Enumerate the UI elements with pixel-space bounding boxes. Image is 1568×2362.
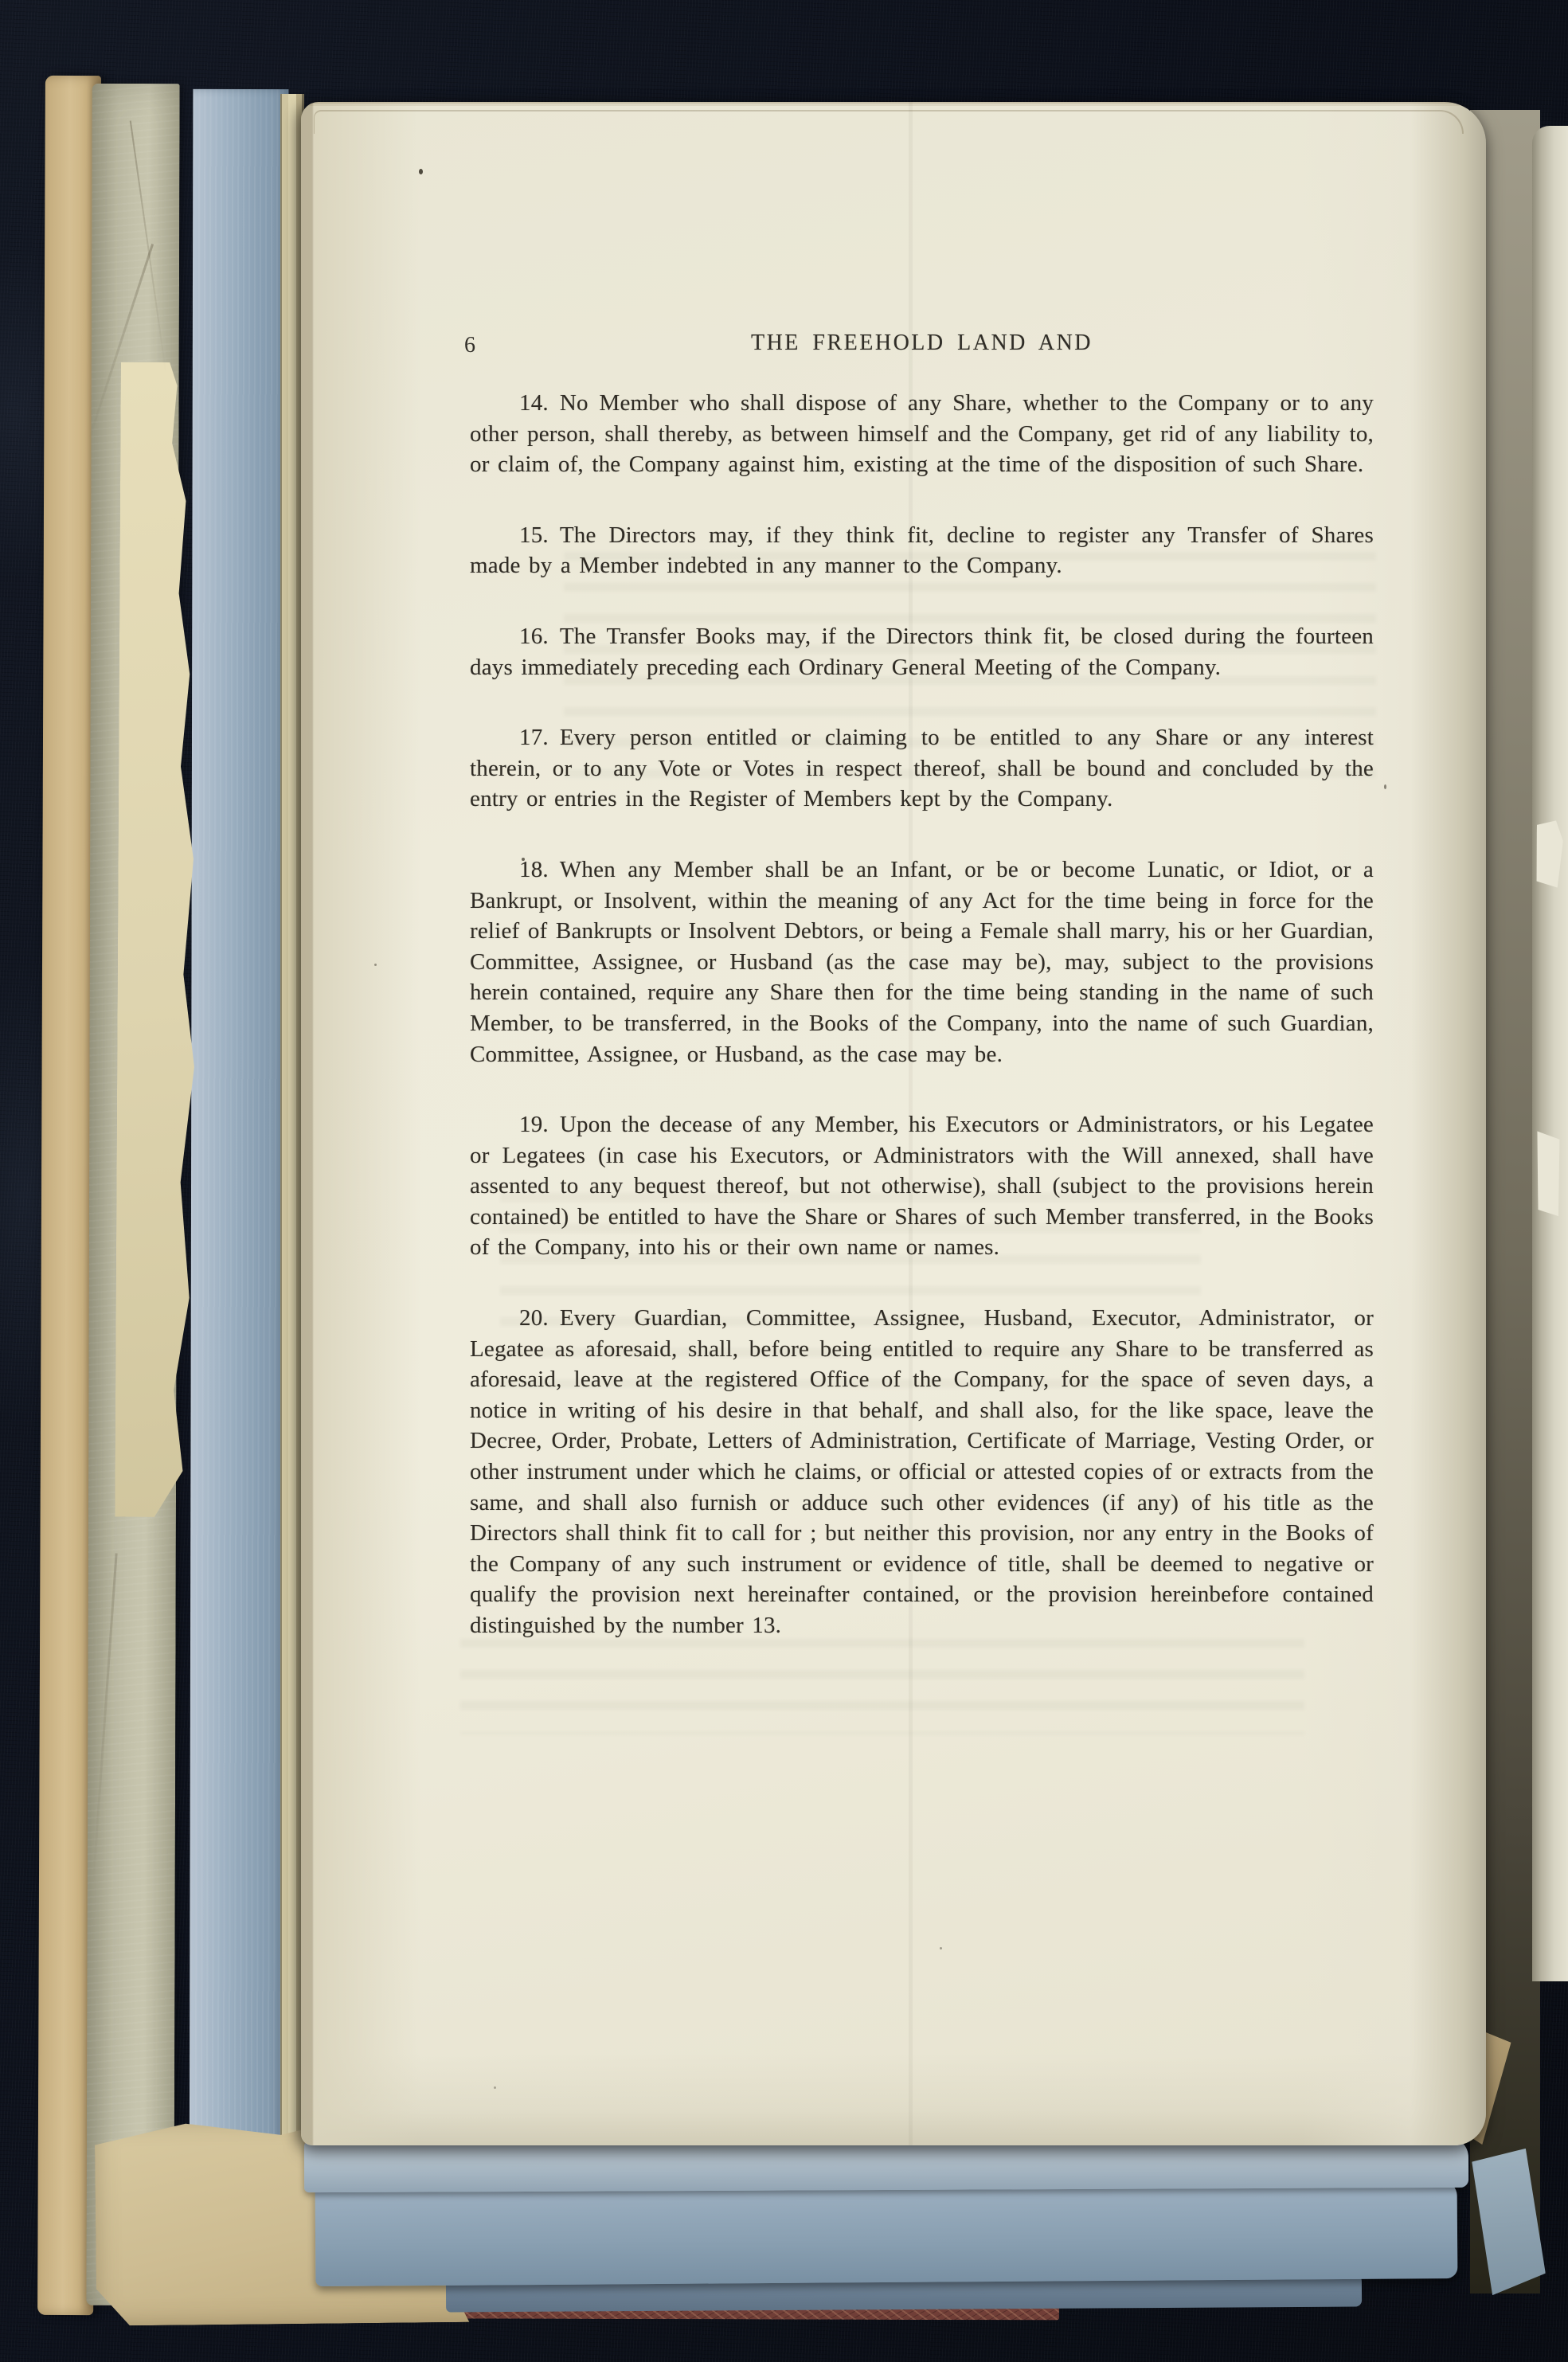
- dust-speck: [494, 2086, 496, 2089]
- ink-speck: [419, 169, 423, 174]
- paragraph-text: When any Member shall be an Infant, or b…: [470, 857, 1374, 1067]
- paragraph-number: 15.: [519, 522, 549, 548]
- paragraph-number: 16.: [519, 624, 549, 649]
- page-number: 6: [464, 333, 476, 358]
- running-header: THE FREEHOLD LAND AND: [470, 330, 1374, 356]
- paragraph-number: 19.: [519, 1112, 549, 1137]
- paragraph-text: Every person entitled or claiming to be …: [470, 725, 1374, 811]
- paragraph-text: No Member who shall dispose of any Share…: [470, 390, 1374, 477]
- left-blue-page-edge: [190, 89, 289, 2297]
- paragraph-15: 15.The Directors may, if they think fit,…: [470, 520, 1374, 581]
- dust-speck: [374, 964, 377, 966]
- facing-page-edge: [1532, 126, 1568, 1981]
- paragraph-18: 18.When any Member shall be an Infant, o…: [470, 854, 1374, 1070]
- book-page: 6 THE FREEHOLD LAND AND 14.No Member who…: [301, 102, 1486, 2145]
- page-text-block: 6 THE FREEHOLD LAND AND 14.No Member who…: [470, 330, 1374, 1641]
- paragraph-16: 16.The Transfer Books may, if the Direct…: [470, 621, 1374, 682]
- paragraph-text: The Directors may, if they think fit, de…: [470, 522, 1374, 579]
- paragraph-number: 14.: [519, 390, 549, 416]
- paragraph-19: 19.Upon the decease of any Member, his E…: [470, 1109, 1374, 1263]
- paragraph-number: 18.: [519, 857, 549, 882]
- paragraph-number: 17.: [519, 725, 549, 750]
- running-head-row: 6 THE FREEHOLD LAND AND: [470, 330, 1374, 364]
- dust-speck: [940, 1947, 942, 1949]
- open-book-scan: 6 THE FREEHOLD LAND AND 14.No Member who…: [0, 0, 1568, 2362]
- paragraph-number: 20.: [519, 1305, 549, 1331]
- paragraph-text: Every Guardian, Committee, Assignee, Hus…: [470, 1305, 1374, 1638]
- paragraph-text: The Transfer Books may, if the Directors…: [470, 624, 1374, 680]
- show-through-ghost-text: [460, 1639, 1304, 1734]
- paragraph-text: Upon the decease of any Member, his Exec…: [470, 1112, 1374, 1260]
- bottom-blue-page-edge-2: [315, 2181, 1458, 2286]
- torn-paper-tab: [1535, 1131, 1562, 1221]
- ink-speck: [1384, 784, 1386, 789]
- body-text: 14.No Member who shall dispose of any Sh…: [470, 388, 1374, 1641]
- paragraph-20: 20.Every Guardian, Committee, Assignee, …: [470, 1303, 1374, 1641]
- paragraph-17: 17.Every person entitled or claiming to …: [470, 722, 1374, 815]
- paragraph-14: 14.No Member who shall dispose of any Sh…: [470, 388, 1374, 480]
